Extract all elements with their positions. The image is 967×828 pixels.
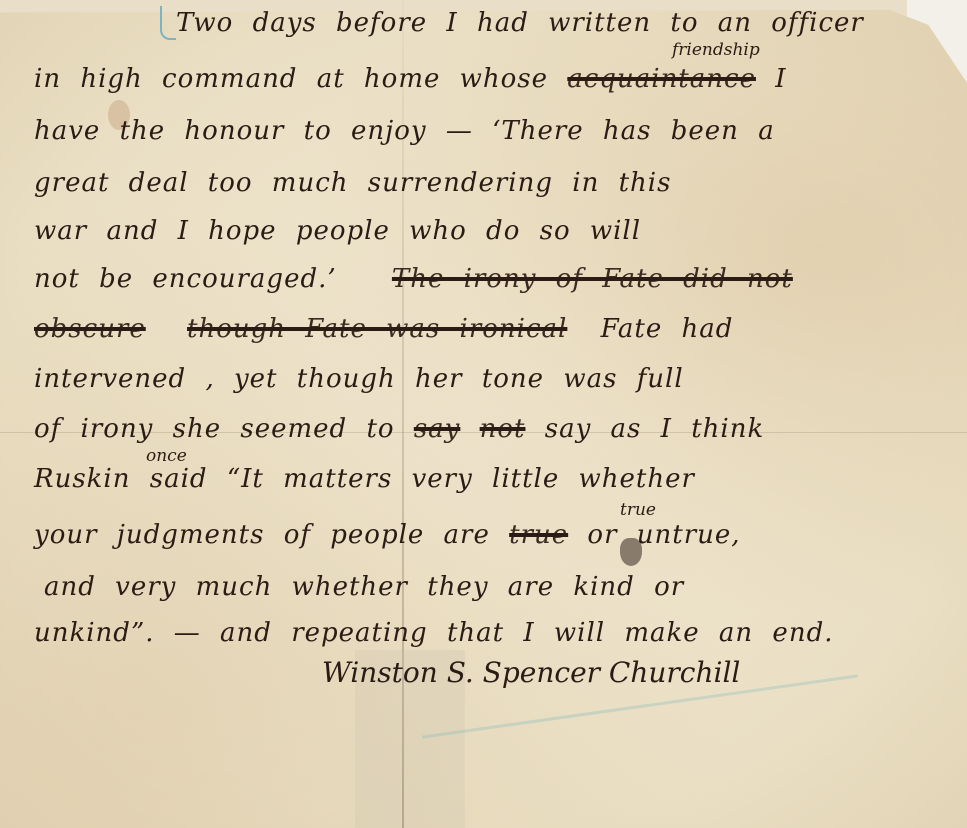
inserted-word: once — [146, 446, 187, 466]
line-text: war and I hope people who do so will — [34, 216, 641, 246]
line-text: your judgments of people are — [34, 520, 490, 550]
letter-line-8: intervened , yet though her tone was ful… — [34, 364, 684, 394]
letter-line-7: obscure though Fate was ironical Fate ha… — [34, 314, 733, 344]
letter-line-4: great deal too much surrendering in this — [34, 168, 671, 198]
line-text: have the honour to enjoy — ‘There has be… — [34, 116, 775, 146]
line-text: Two days before I had written to an offi… — [176, 8, 864, 38]
line-text: in high command at home whose — [34, 64, 548, 94]
line-text: say as I think — [545, 414, 764, 444]
struck-word: true — [509, 520, 568, 550]
inserted-word: true — [620, 500, 656, 520]
struck-word: say — [414, 414, 461, 444]
line-text: of irony she seemed to — [34, 414, 395, 444]
struck-phrase: The irony of Fate did not — [392, 264, 793, 294]
struck-word: acquaintance — [567, 64, 756, 94]
line-text: not be encouraged.’ — [34, 264, 337, 294]
letter-line-10: Ruskin said “It matters very little whet… — [34, 464, 695, 494]
letter-line-3: have the honour to enjoy — ‘There has be… — [34, 116, 775, 146]
line-text: intervened , yet though her tone was ful… — [34, 364, 684, 394]
line-text: I — [775, 64, 786, 94]
inserted-word: friendship — [672, 40, 760, 60]
handwritten-letter: Two days before I had written to an offi… — [0, 0, 967, 828]
letter-line-1: Two days before I had written to an offi… — [176, 8, 864, 38]
letter-line-13: unkind”. — and repeating that I will mak… — [34, 618, 833, 648]
signature: Winston S. Spencer Churchill — [322, 656, 740, 689]
letter-line-5: war and I hope people who do so will — [34, 216, 641, 246]
line-text: and very much whether they are kind or — [44, 572, 684, 602]
letter-line-2: in high command at home whose acquaintan… — [34, 64, 787, 94]
line-text: great deal too much surrendering in this — [34, 168, 671, 198]
line-text: said “It matters very little whether — [150, 464, 695, 494]
line-text: or untrue, — [587, 520, 740, 550]
letter-line-9: of irony she seemed to say not say as I … — [34, 414, 764, 444]
line-text: unkind”. — and repeating that I will mak… — [34, 618, 833, 648]
line-text: Fate had — [601, 314, 734, 344]
struck-word: obscure — [34, 314, 146, 344]
struck-phrase: though Fate was ironical — [187, 314, 567, 344]
letter-line-11: your judgments of people are true or unt… — [34, 520, 741, 550]
struck-word: not — [480, 414, 526, 444]
line-text: Ruskin — [34, 464, 130, 494]
letter-line-6: not be encouraged.’ The irony of Fate di… — [34, 264, 793, 294]
letter-line-12: and very much whether they are kind or — [44, 572, 684, 602]
